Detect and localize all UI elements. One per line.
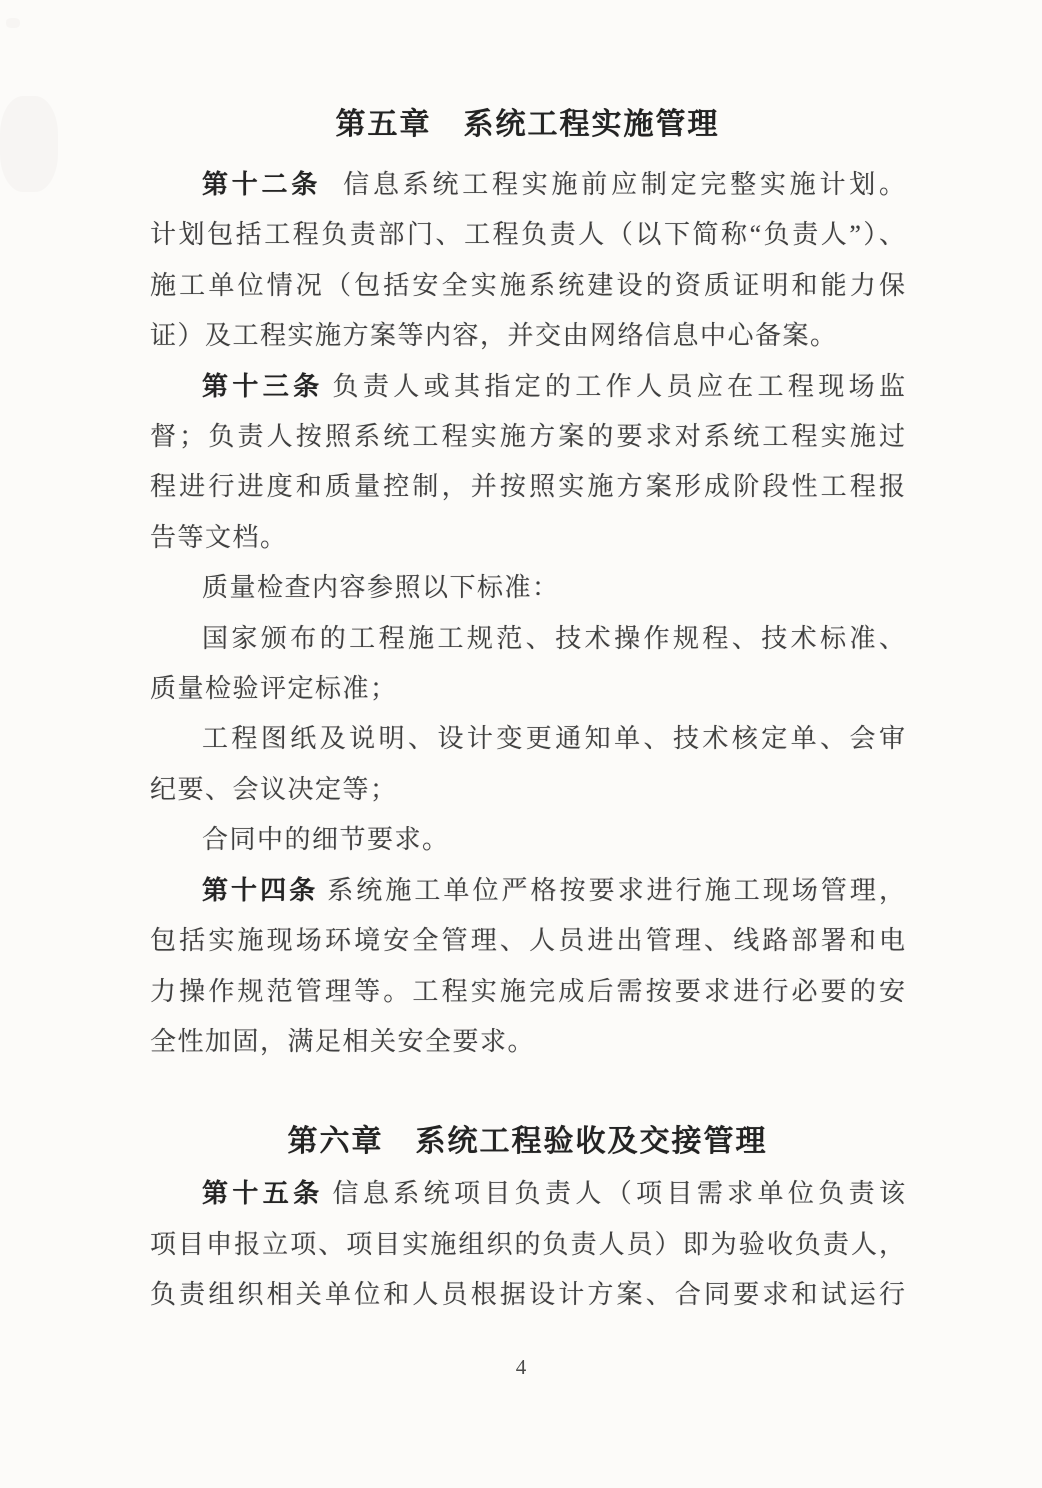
article-13-text-1: 负责人或其指定的工作人员应在工程现场监 bbox=[333, 372, 905, 401]
article-15-text-1: 信息系统项目负责人（项目需求单位负责该 bbox=[333, 1179, 905, 1208]
article-13-line-3: 程进行进度和质量控制，并按照实施方案形成阶段性工程报 bbox=[150, 462, 905, 512]
quality-intro-line: 质量检查内容参照以下标准： bbox=[150, 563, 905, 613]
article-13-line-1: 第十三条负责人或其指定的工作人员应在工程现场监 bbox=[150, 362, 905, 412]
article-12-line-3: 施工单位情况（包括安全实施系统建设的资质证明和能力保 bbox=[150, 261, 905, 311]
scan-artifact bbox=[6, 18, 20, 28]
article-14-line-1: 第十四条系统施工单位严格按要求进行施工现场管理， bbox=[150, 866, 905, 916]
article-15-line-2: 项目申报立项、项目实施组织的负责人员）即为验收负责人， bbox=[150, 1220, 905, 1270]
article-14-text-1: 系统施工单位严格按要求进行施工现场管理， bbox=[327, 876, 905, 905]
scan-artifact bbox=[0, 96, 58, 192]
article-12-line-4: 证）及工程实施方案等内容，并交由网络信息中心备案。 bbox=[150, 311, 905, 361]
article-15-line-1: 第十五条信息系统项目负责人（项目需求单位负责该 bbox=[150, 1169, 905, 1219]
document-page: 第五章 系统工程实施管理 第十二条信息系统工程实施前应制定完整实施计划。 计划包… bbox=[0, 0, 1042, 1488]
article-14-line-3: 力操作规范管理等。工程实施完成后需按要求进行必要的安 bbox=[150, 967, 905, 1017]
article-14-line-2: 包括实施现场环境安全管理、人员进出管理、线路部署和电 bbox=[150, 916, 905, 966]
article-12-number: 第十二条 bbox=[202, 170, 321, 199]
standard-3-line: 合同中的细节要求。 bbox=[150, 815, 905, 865]
standard-2-line-2: 纪要、会议决定等； bbox=[150, 765, 905, 815]
article-12-text-1: 信息系统工程实施前应制定完整实施计划。 bbox=[343, 170, 905, 199]
chapter-6-heading: 第六章 系统工程验收及交接管理 bbox=[150, 1115, 905, 1169]
standard-2-line-1: 工程图纸及说明、设计变更通知单、技术核定单、会审 bbox=[150, 714, 905, 764]
document-content: 第五章 系统工程实施管理 第十二条信息系统工程实施前应制定完整实施计划。 计划包… bbox=[150, 98, 905, 1321]
page-number: 4 bbox=[0, 1352, 1042, 1382]
chapter-5-heading: 第五章 系统工程实施管理 bbox=[150, 98, 905, 152]
standard-1-line-2: 质量检验评定标准； bbox=[150, 664, 905, 714]
article-12-line-2: 计划包括工程负责部门、工程负责人（以下简称“负责人”）、 bbox=[150, 210, 905, 260]
article-13-line-4: 告等文档。 bbox=[150, 513, 905, 563]
standard-1-line-1: 国家颁布的工程施工规范、技术操作规程、技术标准、 bbox=[150, 614, 905, 664]
article-13-number: 第十三条 bbox=[202, 372, 323, 401]
article-13-line-2: 督；负责人按照系统工程实施方案的要求对系统工程实施过 bbox=[150, 412, 905, 462]
article-14-number: 第十四条 bbox=[202, 876, 318, 905]
article-14-line-4: 全性加固，满足相关安全要求。 bbox=[150, 1017, 905, 1067]
article-15-line-3: 负责组织相关单位和人员根据设计方案、合同要求和试运行 bbox=[150, 1270, 905, 1320]
article-12-line-1: 第十二条信息系统工程实施前应制定完整实施计划。 bbox=[150, 160, 905, 210]
article-15-number: 第十五条 bbox=[202, 1179, 323, 1208]
